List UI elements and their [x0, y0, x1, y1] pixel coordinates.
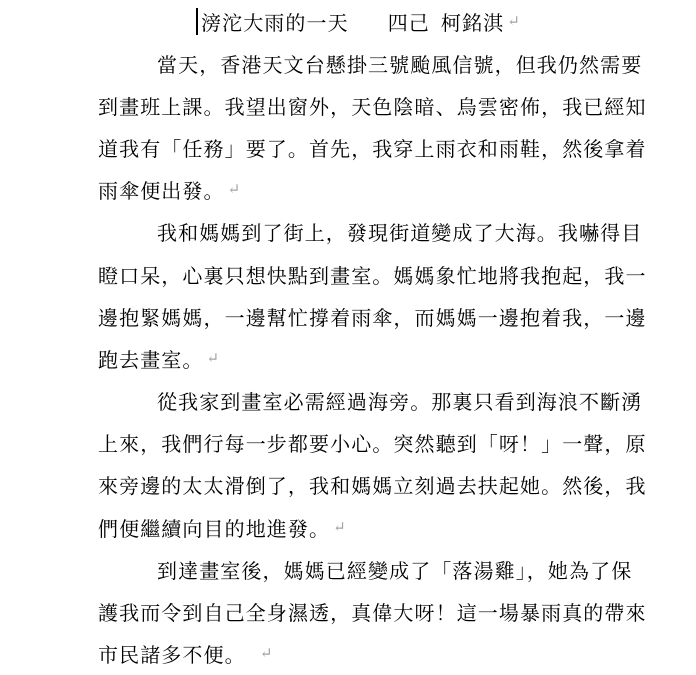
document-title: 滂沱大雨的一天	[201, 7, 349, 36]
text-line: 到畫班上課。我望出窗外，天色陰暗、烏雲密佈，我已經知	[98, 84, 654, 126]
text-line: 瞪口呆，心裏只想快點到畫室。媽媽象忙地將我抱起，我一	[98, 253, 654, 295]
text-cursor-caret	[196, 8, 198, 35]
text-line-content: 跑去畫室。	[98, 344, 204, 373]
text-line: 跑去畫室。↵	[98, 337, 654, 379]
text-line-content: 當天，香港天文台懸掛三號颱風信號，但我仍然需要	[157, 49, 642, 78]
class-name: 四己	[388, 7, 430, 36]
text-line-content: 瞪口呆，心裏只想快點到畫室。媽媽象忙地將我抱起，我一	[98, 260, 647, 289]
text-line-content: 道我有「任務」要了。首先，我穿上雨衣和雨鞋，然後拿着	[98, 133, 647, 162]
text-line-content: 到達畫室後，媽媽已經變成了「落湯雞」，她為了保	[157, 555, 632, 584]
text-line: 我和媽媽到了街上，發現街道變成了大海。我嚇得目	[98, 211, 654, 253]
text-line-content: 邊抱緊媽媽，一邊幫忙撐着雨傘，而媽媽一邊抱着我，一邊	[98, 302, 647, 331]
text-line-content: 市民諸多不便。	[98, 639, 257, 668]
paragraph-mark-icon: ↵	[260, 644, 273, 663]
text-line-content: 從我家到畫室必需經過海旁。那裏只看到海浪不斷湧	[157, 386, 642, 415]
text-line: 們便繼續向目的地進發。↵	[98, 506, 654, 548]
text-line: 邊抱緊媽媽，一邊幫忙撐着雨傘，而媽媽一邊抱着我，一邊	[98, 295, 654, 337]
text-line: 從我家到畫室必需經過海旁。那裏只看到海浪不斷湧	[98, 380, 654, 422]
text-line: 當天，香港天文台懸掛三號颱風信號，但我仍然需要	[98, 42, 654, 84]
text-line-content: 到畫班上課。我望出窗外，天色陰暗、烏雲密佈，我已經知	[98, 91, 647, 120]
text-line-content: 上來，我們行每一步都要小心。突然聽到「呀！」一聲，原	[98, 428, 647, 457]
paragraph-mark-icon: ↵	[207, 349, 220, 368]
text-line-content: 雨傘便出發。	[98, 175, 225, 204]
paragraph-mark-icon: ↵	[507, 12, 520, 31]
text-line-content: 們便繼續向目的地進發。	[98, 513, 330, 542]
document-body: 當天，香港天文台懸掛三號颱風信號，但我仍然需要到畫班上課。我望出窗外，天色陰暗、…	[98, 42, 654, 675]
document-page[interactable]: 滂沱大雨的一天 四己 柯銘淇 ↵ 當天，香港天文台懸掛三號颱風信號，但我仍然需要…	[0, 0, 696, 675]
text-line: 雨傘便出發。↵	[98, 169, 654, 211]
paragraph-mark-icon: ↵	[228, 180, 241, 199]
text-line-content: 來旁邊的太太滑倒了，我和媽媽立刻過去扶起她。然後，我	[98, 470, 647, 499]
text-line: 道我有「任務」要了。首先，我穿上雨衣和雨鞋，然後拿着	[98, 127, 654, 169]
text-line: 護我而令到自己全身濕透，真偉大呀！這一場暴雨真的帶來	[98, 590, 654, 632]
text-line: 來旁邊的太太滑倒了，我和媽媽立刻過去扶起她。然後，我	[98, 464, 654, 506]
author-name: 柯銘淇	[441, 7, 504, 36]
title-line: 滂沱大雨的一天 四己 柯銘淇 ↵	[196, 0, 696, 42]
text-line-content: 我和媽媽到了街上，發現街道變成了大海。我嚇得目	[157, 217, 642, 246]
text-line: 到達畫室後，媽媽已經變成了「落湯雞」，她為了保	[98, 548, 654, 590]
paragraph-mark-icon: ↵	[333, 518, 346, 537]
text-line: 上來，我們行每一步都要小心。突然聽到「呀！」一聲，原	[98, 422, 654, 464]
text-line-content: 護我而令到自己全身濕透，真偉大呀！這一場暴雨真的帶來	[98, 597, 647, 626]
text-line: 市民諸多不便。 ↵	[98, 633, 654, 675]
